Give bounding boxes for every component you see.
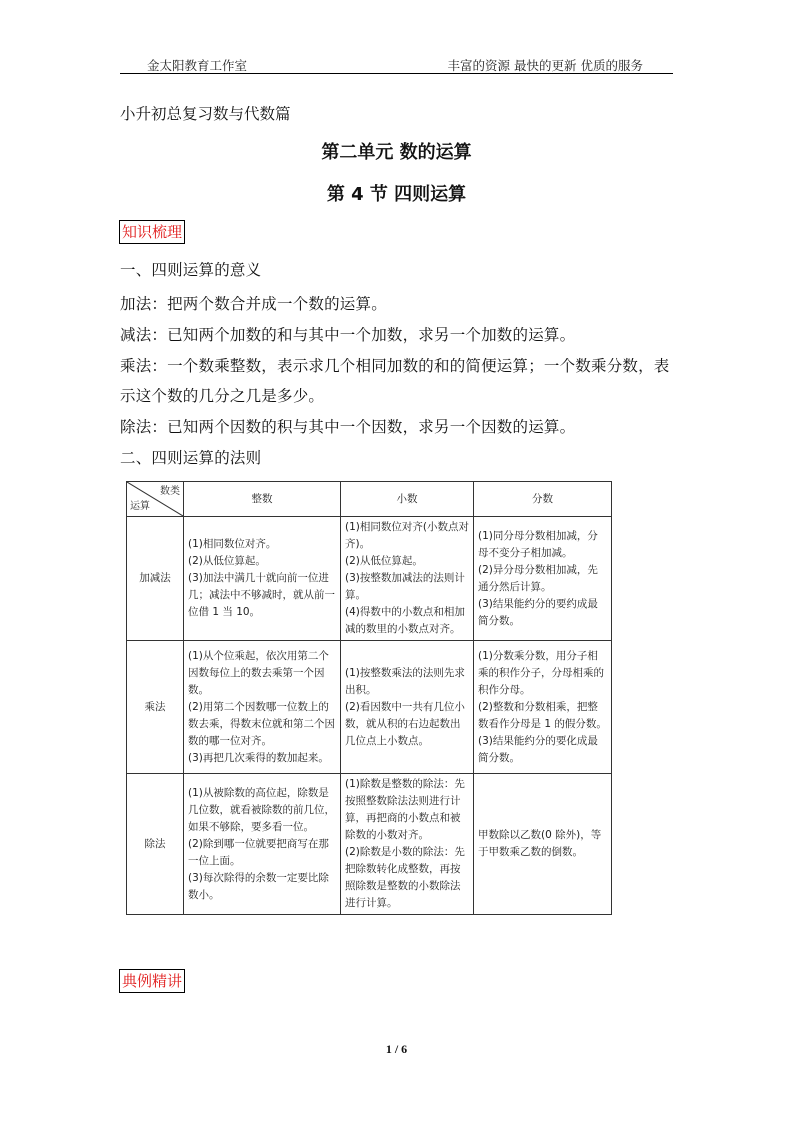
table-row-add-subtract: 加减法 (1)相同数位对齐。 (2)从低位算起。 (3)加法中满几十就向前一位进… xyxy=(127,517,612,641)
example-explanation-tag: 典例精讲 xyxy=(119,969,185,993)
cell-integer: (1)从个位乘起，依次用第二个因数每位上的数去乘第一个因数。 (2)用第二个因数… xyxy=(184,641,341,774)
rule-text: 甲数除以乙数(0 除外)，等于甲数乘乙数的倒数。 xyxy=(478,827,607,861)
rule-text: (2)从低位算起。 xyxy=(345,553,469,570)
rule-text: (3)再把几次乘得的数加起来。 xyxy=(188,750,336,767)
header-left-text: 金太阳教育工作室 xyxy=(147,56,247,74)
row-label: 加减法 xyxy=(127,517,184,641)
document-subtitle: 小升初总复习数与代数篇 xyxy=(120,102,291,124)
cell-decimal: (1)相同数位对齐(小数点对齐)。 (2)从低位算起。 (3)按整数加减法的法则… xyxy=(341,517,474,641)
definition-subtraction: 减法：已知两个加数的和与其中一个加数，求另一个加数的运算。 xyxy=(120,323,575,345)
page-number: 1 / 6 xyxy=(0,1042,793,1057)
cell-decimal: (1)除数是整数的除法：先按照整数除法法则进行计算，再把商的小数点和被除数的小数… xyxy=(341,774,474,915)
rule-text: (4)得数中的小数点和相加减的数里的小数点对齐。 xyxy=(345,604,469,638)
definition-multiplication-line1: 乘法：一个数乘整数，表示求几个相同加数的和的简便运算；一个数乘分数，表 xyxy=(120,354,670,376)
cell-decimal: (1)按整数乘法的法则先求出积。 (2)看因数中一共有几位小数，就从积的右边起数… xyxy=(341,641,474,774)
cell-fraction: 甲数除以乙数(0 除外)，等于甲数乘乙数的倒数。 xyxy=(474,774,612,915)
rule-text: (3)按整数加减法的法则计算。 xyxy=(345,570,469,604)
rule-text: (1)按整数乘法的法则先求出积。 xyxy=(345,665,469,699)
column-header-integer: 整数 xyxy=(184,482,341,517)
column-header-fraction: 分数 xyxy=(474,482,612,517)
knowledge-review-tag: 知识梳理 xyxy=(119,220,185,244)
corner-header-cell: 数类 运算 xyxy=(127,482,184,517)
operation-rules-table: 数类 运算 整数 小数 分数 加减法 (1)相同数位对齐。 (2)从低位算起。 … xyxy=(126,481,612,915)
table-row-division: 除法 (1)从被除数的高位起，除数是几位数，就看被除数的前几位，如果不够除，要多… xyxy=(127,774,612,915)
rule-text: (1)相同数位对齐(小数点对齐)。 xyxy=(345,519,469,553)
rule-text: (2)从低位算起。 xyxy=(188,553,336,570)
corner-top-label: 数类 xyxy=(160,483,180,500)
rule-text: (2)异分母分数相加减，先通分然后计算。 xyxy=(478,562,607,596)
table-header-row: 数类 运算 整数 小数 分数 xyxy=(127,482,612,517)
row-label: 乘法 xyxy=(127,641,184,774)
table-row-multiplication: 乘法 (1)从个位乘起，依次用第二个因数每位上的数去乘第一个因数。 (2)用第二… xyxy=(127,641,612,774)
section2-heading: 二、四则运算的法则 xyxy=(120,446,261,468)
rule-text: (1)从被除数的高位起，除数是几位数，就看被除数的前几位，如果不够除，要多看一位… xyxy=(188,785,336,836)
rule-text: (1)相同数位对齐。 xyxy=(188,536,336,553)
rule-text: (2)整数和分数相乘，把整数看作分母是 1 的假分数。 xyxy=(478,699,607,733)
header-right-text: 丰富的资源 最快的更新 优质的服务 xyxy=(448,56,643,74)
column-header-decimal: 小数 xyxy=(341,482,474,517)
rule-text: (3)加法中满几十就向前一位进几；减法中不够减时，就从前一位借 1 当 10。 xyxy=(188,570,336,621)
unit-title: 第二单元 数的运算 xyxy=(0,138,793,164)
page-header: 金太阳教育工作室 丰富的资源 最快的更新 优质的服务 xyxy=(120,53,673,74)
rule-text: (3)结果能约分的要化成最简分数。 xyxy=(478,733,607,767)
rule-text: (2)看因数中一共有几位小数，就从积的右边起数出几位点上小数点。 xyxy=(345,699,469,750)
rule-text: (1)从个位乘起，依次用第二个因数每位上的数去乘第一个因数。 xyxy=(188,648,336,699)
rule-text: (2)除数是小数的除法：先把除数转化成整数，再按照除数是整数的小数除法进行计算。 xyxy=(345,844,469,912)
rule-text: (2)用第二个因数哪一位数上的数去乘，得数末位就和第二个因数的哪一位对齐。 xyxy=(188,699,336,750)
definition-multiplication-line2: 示这个数的几分之几是多少。 xyxy=(120,384,324,406)
rule-text: (1)同分母分数相加减，分母不变分子相加减。 xyxy=(478,528,607,562)
rule-text: (1)除数是整数的除法：先按照整数除法法则进行计算，再把商的小数点和被除数的小数… xyxy=(345,776,469,844)
rule-text: (3)结果能约分的要约成最简分数。 xyxy=(478,596,607,630)
rule-text: (2)除到哪一位就要把商写在那一位上面。 xyxy=(188,836,336,870)
definition-division: 除法：已知两个因数的积与其中一个因数，求另一个因数的运算。 xyxy=(120,415,575,437)
section-title: 第 4 节 四则运算 xyxy=(0,180,793,206)
cell-fraction: (1)分数乘分数，用分子相乘的积作分子，分母相乘的积作分母。 (2)整数和分数相… xyxy=(474,641,612,774)
cell-integer: (1)相同数位对齐。 (2)从低位算起。 (3)加法中满几十就向前一位进几；减法… xyxy=(184,517,341,641)
definition-addition: 加法：把两个数合并成一个数的运算。 xyxy=(120,292,387,314)
rule-text: (3)每次除得的余数一定要比除数小。 xyxy=(188,870,336,904)
corner-bottom-label: 运算 xyxy=(130,498,150,515)
row-label: 除法 xyxy=(127,774,184,915)
cell-integer: (1)从被除数的高位起，除数是几位数，就看被除数的前几位，如果不够除，要多看一位… xyxy=(184,774,341,915)
cell-fraction: (1)同分母分数相加减，分母不变分子相加减。 (2)异分母分数相加减，先通分然后… xyxy=(474,517,612,641)
rule-text: (1)分数乘分数，用分子相乘的积作分子，分母相乘的积作分母。 xyxy=(478,648,607,699)
section1-heading: 一、四则运算的意义 xyxy=(120,258,261,280)
